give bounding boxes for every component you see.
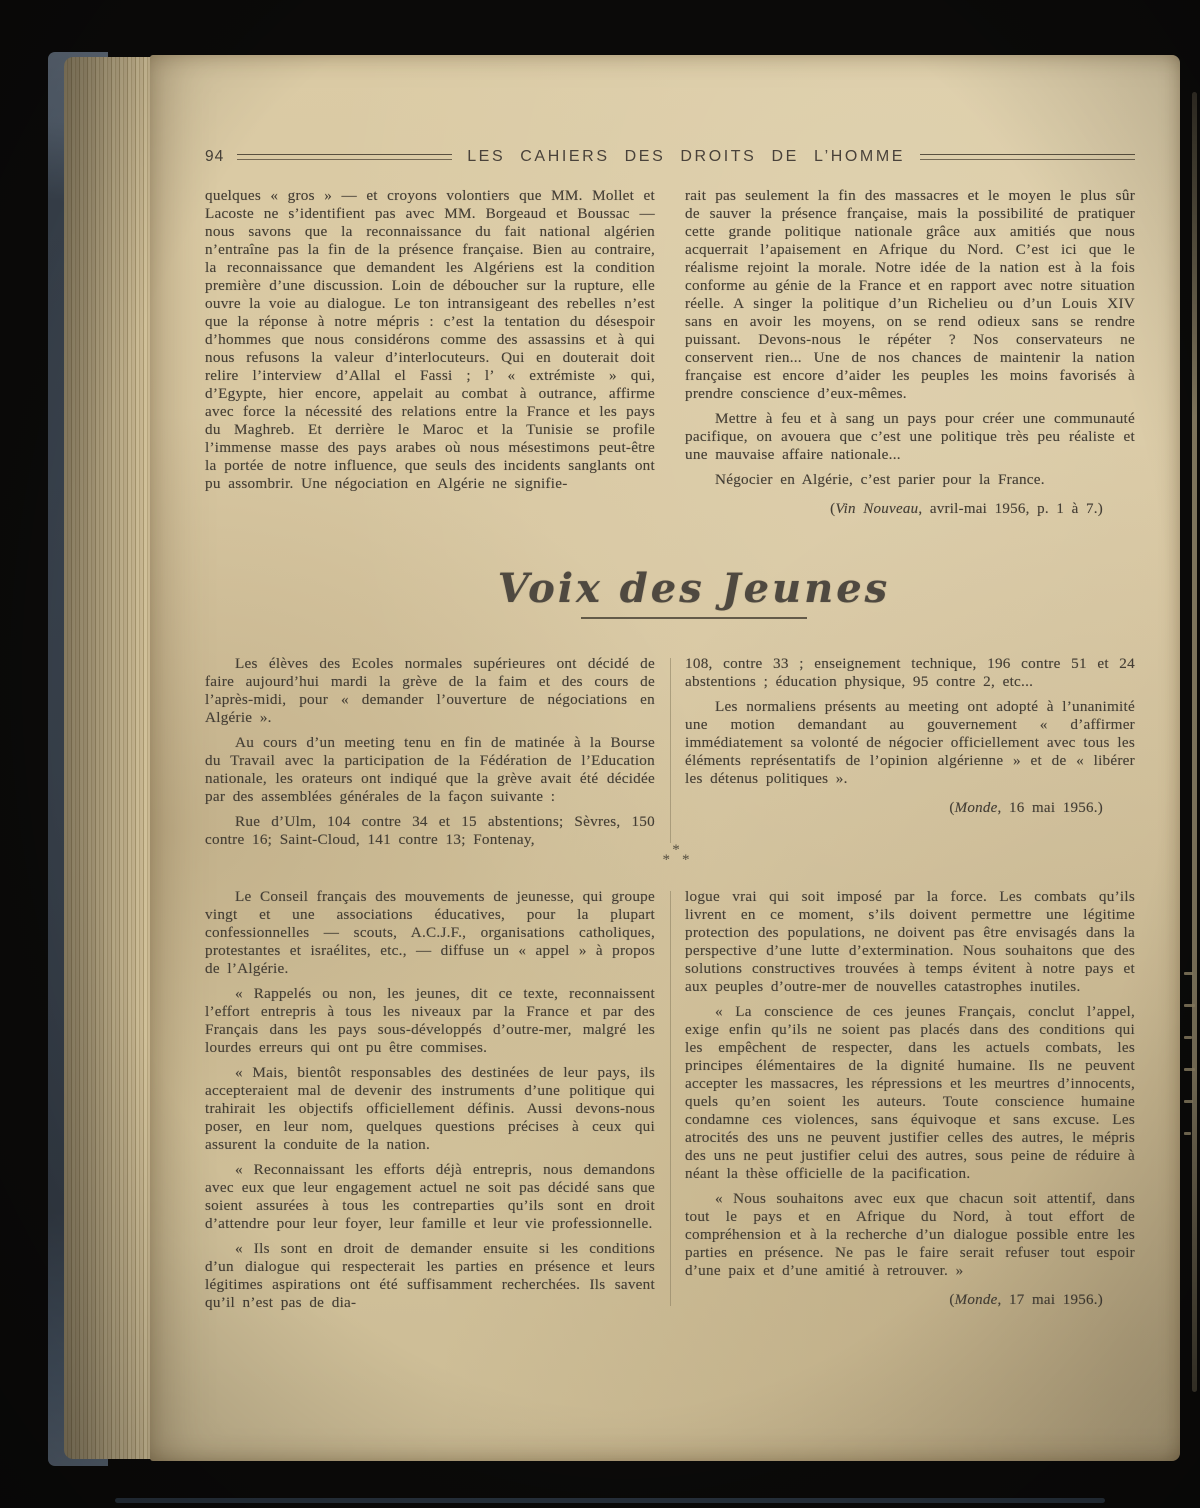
paragraph: logue vrai qui soit imposé par la force.… [685, 888, 1135, 996]
asterism-separator: * ** [211, 845, 1141, 865]
heading-underline [581, 617, 807, 619]
jeunes-2-right-paragraphs: logue vrai qui soit imposé par la force.… [685, 888, 1135, 1280]
paragraph: Au cours d’un meeting tenu en fin de mat… [205, 734, 655, 806]
asterisk: * [663, 852, 671, 868]
paragraph: « Reconnaissant les efforts déjà entrepr… [205, 1161, 655, 1233]
page-number: 94 [205, 148, 224, 166]
top-article-columns: quelques « gros » — et croyons volontier… [205, 187, 1135, 518]
citation-vin-nouveau: (Vin Nouveau, avril-mai 1956, p. 1 à 7.) [685, 500, 1135, 518]
paragraph: quelques « gros » — et croyons volontier… [205, 187, 655, 493]
citation-monde-17-mai: (Monde, 17 mai 1956.) [685, 1291, 1135, 1309]
jeunes-1-left-column: Les élèves des Ecoles normales supérieur… [205, 655, 655, 849]
jeunes-article-1-columns: Les élèves des Ecoles normales supérieur… [205, 655, 1135, 849]
book-photo: 94 LES CAHIERS DES DROITS DE L’HOMME que… [0, 0, 1200, 1508]
top-article-left-column: quelques « gros » — et croyons volontier… [205, 187, 655, 518]
paragraph: 108, contre 33 ; enseignement technique,… [685, 655, 1135, 691]
jeunes-article-2-columns: Le Conseil français des mouvements de je… [205, 888, 1135, 1312]
paragraph: « Rappelés ou non, les jeunes, dit ce te… [205, 985, 655, 1057]
jeunes-2-left-column: Le Conseil français des mouvements de je… [205, 888, 655, 1312]
paragraph: rait pas seulement la fin des massacres … [685, 187, 1135, 403]
asterism-top: * [211, 845, 1141, 855]
paragraph: « Nous souhaitons avec eux que chacun so… [685, 1190, 1135, 1280]
top-article-right-paragraphs: rait pas seulement la fin des massacres … [685, 187, 1135, 489]
paragraph: Le Conseil français des mouvements de je… [205, 888, 655, 978]
book-board-edge [115, 1498, 1105, 1503]
jeunes-1-right-paragraphs: 108, contre 33 ; enseignement technique,… [685, 655, 1135, 788]
citation-rest: , avril-mai 1956, p. 1 à 7.) [918, 501, 1103, 517]
paragraph: Négocier en Algérie, c’est parier pour l… [685, 471, 1135, 489]
paragraph: « La conscience de ces jeunes Français, … [685, 1003, 1135, 1183]
running-head: 94 LES CAHIERS DES DROITS DE L’HOMME [205, 147, 1135, 167]
header-rule-right [920, 154, 1135, 160]
jeunes-2-right-column: logue vrai qui soit imposé par la force.… [685, 888, 1135, 1312]
paragraph: « Ils sont en droit de demander ensuite … [205, 1240, 655, 1312]
asterisk: * [682, 852, 690, 868]
adjacent-page-edge [1192, 92, 1197, 1392]
paragraph: « Mais, bientôt responsables des destiné… [205, 1064, 655, 1154]
citation-source: Monde [955, 800, 998, 816]
header-rule-left [237, 154, 452, 160]
citation-rest: , 16 mai 1956.) [998, 800, 1104, 816]
paragraph: Les élèves des Ecoles normales supérieur… [205, 655, 655, 727]
paragraph: Mettre à feu et à sang un pays pour crée… [685, 410, 1135, 464]
section-heading-voix-des-jeunes: Voix des Jeunes [229, 565, 1159, 619]
citation-source: Monde [955, 1292, 998, 1308]
paragraph: Les normaliens présents au meeting ont a… [685, 698, 1135, 788]
citation-source: Vin Nouveau [835, 501, 918, 517]
asterism-bottom: ** [211, 855, 1141, 865]
citation-monde-16-mai: (Monde, 16 mai 1956.) [685, 799, 1135, 817]
jeunes-1-right-column: 108, contre 33 ; enseignement technique,… [685, 655, 1135, 849]
citation-rest: , 17 mai 1956.) [998, 1292, 1104, 1308]
top-article-right-column: rait pas seulement la fin des massacres … [685, 187, 1135, 518]
journal-title: LES CAHIERS DES DROITS DE L’HOMME [467, 148, 905, 166]
adjacent-page-text-marks [1184, 972, 1198, 1164]
paragraph: Rue d’Ulm, 104 contre 34 et 15 abstentio… [205, 813, 655, 849]
scanned-page: 94 LES CAHIERS DES DROITS DE L’HOMME que… [150, 55, 1180, 1461]
section-heading-text: Voix des Jeunes [229, 565, 1159, 612]
